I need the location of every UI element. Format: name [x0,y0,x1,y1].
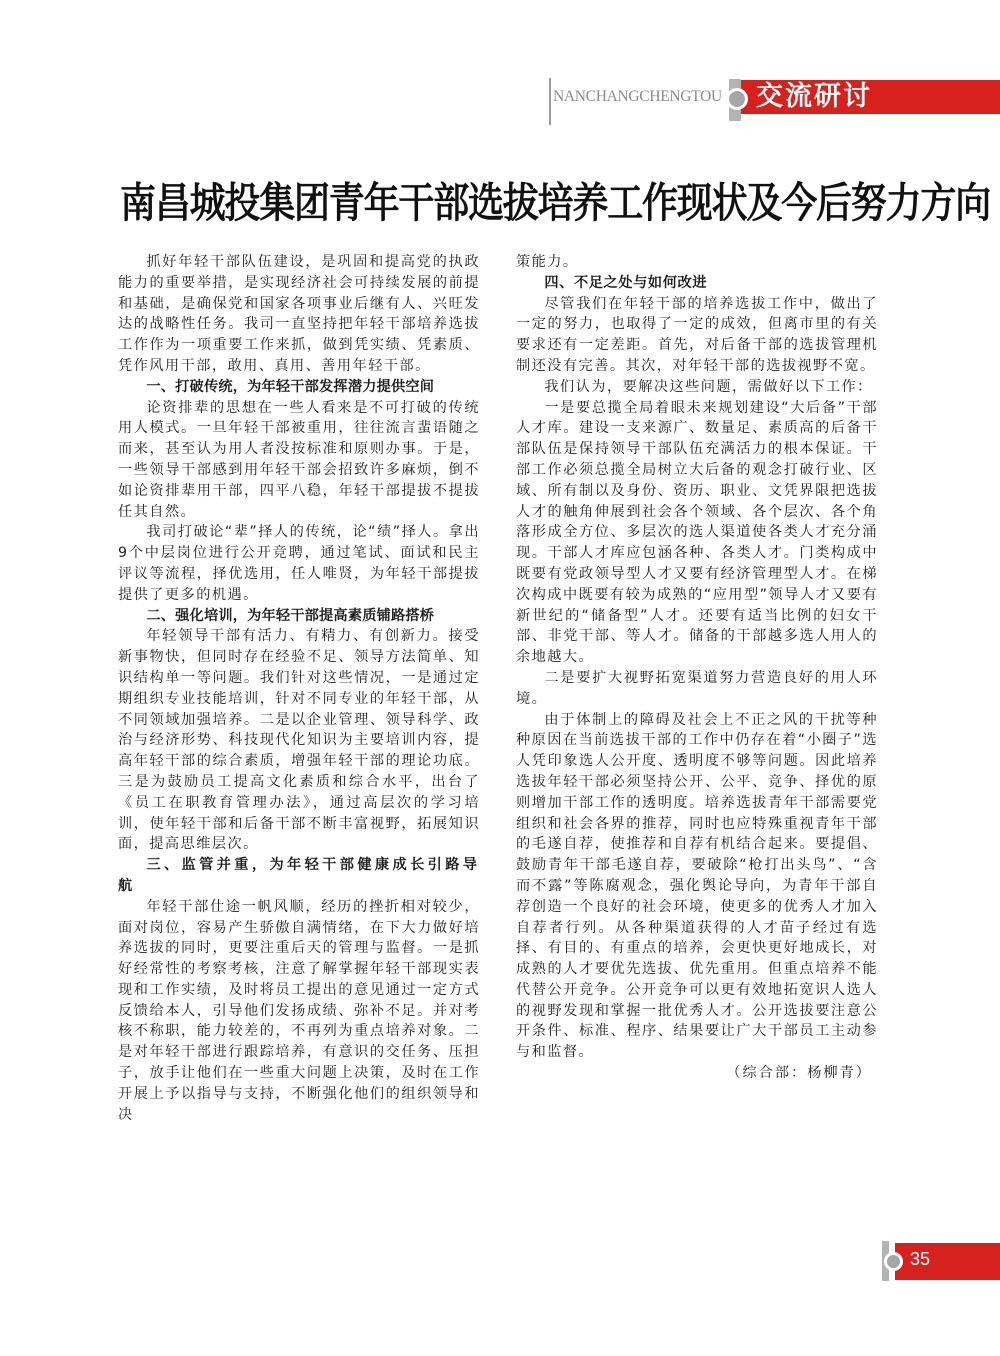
header-divider-line [549,78,551,125]
publication-name: NANCHANGCHENGTOU [553,88,722,106]
paragraph: 一是要总揽全局着眼未来规划建设“大后备”干部人才库。建设一支来源广、数量足、素质… [516,398,878,668]
paragraph: 由于体制上的障碍及社会上不正之风的干扰等种种原因在当前选拔干部的工作中仍存在着“… [516,710,878,1064]
author-signature: （综合部：杨柳青） [516,1063,878,1084]
right-column: 策能力。 四、不足之处与如何改进 尽管我们在年轻干部的培养选拔工作中，做出了一定… [516,252,878,1084]
left-column: 抓好年轻干部队伍建设，是巩固和提高党的执政能力的重要举措，是实现经济社会可持续发… [118,252,480,1125]
section-heading-4: 四、不足之处与如何改进 [516,273,878,294]
section-heading-1: 一、打破传统，为年轻干部发挥潜力提供空间 [118,377,480,398]
paragraph: 年轻领导干部有活力、有精力、有创新力。接受新事物快，但同时存在经验不足、领导方法… [118,626,480,855]
section-label: 交流研讨 [756,81,872,113]
circle-node-icon [884,1252,903,1271]
intro-paragraph: 抓好年轻干部队伍建设，是巩固和提高党的执政能力的重要举措，是实现经济社会可持续发… [118,252,480,377]
continuation-text: 策能力。 [516,252,878,273]
paragraph: 尽管我们在年轻干部的培养选拔工作中，做出了一定的努力，也取得了一定的成效，但离市… [516,294,878,377]
paragraph: 我司打破论“辈”择人的传统，论“绩”择人。拿出9个中层岗位进行公开竞聘，通过笔试… [118,522,480,605]
paragraph: 年轻干部仕途一帆风顺，经历的挫折相对较少，面对岗位，容易产生骄傲自满情绪，在下大… [118,897,480,1126]
page-number: 35 [910,1249,930,1270]
section-heading-2: 二、强化培训，为年轻干部提高素质铺路搭桥 [118,606,480,627]
paragraph: 论资排辈的思想在一些人看来是不可打破的传统用人模式。一旦年轻干部被重用，往往流言… [118,398,480,523]
article-title: 南昌城投集团青年干部选拔培养工作现状及今后努力方向 [120,170,880,237]
circle-node-icon [726,88,748,110]
section-heading-3: 三、监管并重，为年轻干部健康成长引路导航 [118,855,480,897]
paragraph: 我们认为，要解决这些问题，需做好以下工作： [516,377,878,398]
paragraph: 二是要扩大视野拓宽渠道努力营造良好的用人环境。 [516,668,878,710]
